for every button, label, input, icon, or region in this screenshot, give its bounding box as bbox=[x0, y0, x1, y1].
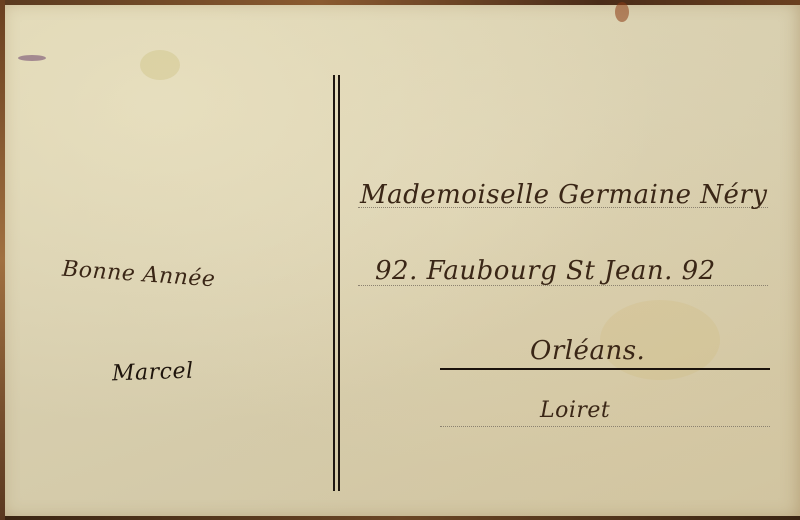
foxing-stain bbox=[140, 50, 180, 80]
left-edge bbox=[0, 0, 5, 520]
bottom-edge bbox=[0, 516, 800, 520]
street-address: 92. Faubourg St Jean. 92 bbox=[375, 256, 716, 286]
recipient-name: Mademoiselle Germaine Néry bbox=[360, 180, 768, 210]
center-divider-left bbox=[333, 75, 335, 491]
city: Orléans. bbox=[530, 336, 645, 366]
address-line-4 bbox=[440, 426, 770, 427]
postcard: Bonne Année Marcel Mademoiselle Germaine… bbox=[0, 0, 800, 520]
ink-stain bbox=[18, 55, 46, 61]
rust-stain bbox=[615, 2, 629, 22]
department: Loiret bbox=[540, 398, 610, 423]
center-divider-right bbox=[338, 75, 340, 491]
signature-text: Marcel bbox=[112, 359, 194, 387]
address-line-3 bbox=[440, 368, 770, 370]
torn-top-edge bbox=[0, 0, 800, 5]
greeting-text: Bonne Année bbox=[61, 257, 216, 293]
